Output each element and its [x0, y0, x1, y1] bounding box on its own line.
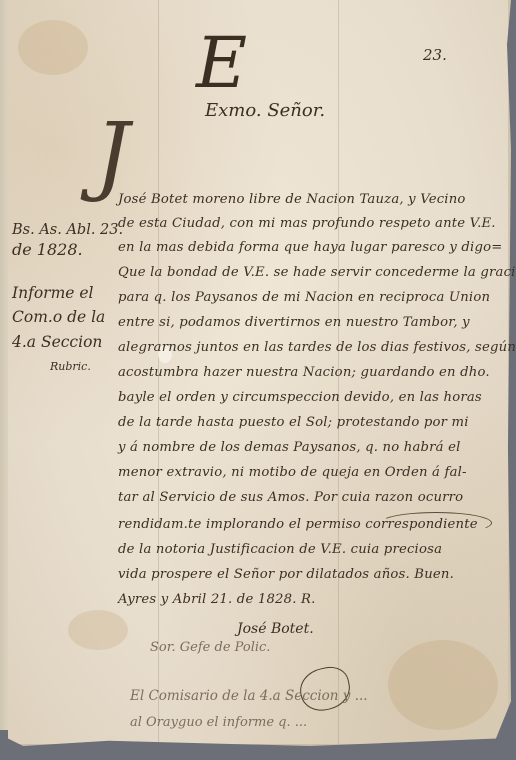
- signature: José Botet.: [237, 621, 314, 637]
- pen-flourish: [380, 512, 492, 534]
- body-line: entre si, podamos divertirnos en nuestro…: [118, 315, 470, 330]
- body-line: menor extravio, ni motibo de queja en Or…: [118, 465, 467, 480]
- body-line: Ayres y Abril 21. de 1828. R.: [118, 592, 316, 607]
- lower-annotation: al Orayguo el informe q. ...: [130, 715, 307, 730]
- margin-note-rubric: Rubric.: [50, 360, 91, 373]
- body-line: vida prospere el Señor por dilatados año…: [118, 567, 454, 582]
- salutation-flourish-initial: E: [196, 28, 247, 98]
- margin-note-date: Bs. As. Abl. 23.: [12, 222, 123, 238]
- body-line: de esta Ciudad, con mi mas profundo resp…: [118, 216, 496, 231]
- body-line: tar al Servicio de sus Amos. Por cuia ra…: [118, 490, 463, 505]
- folio-number: 23.: [423, 46, 447, 64]
- body-line: de la notoria Justificacion de V.E. cuia…: [118, 542, 442, 557]
- body-line: José Botet moreno libre de Nacion Tauza,…: [118, 192, 466, 207]
- decorative-initial-j: J: [95, 112, 129, 198]
- body-line: bayle el orden y circumspeccion devido, …: [118, 390, 482, 405]
- margin-note-informe: Informe el: [12, 284, 94, 302]
- margin-note-comisario: Com.o de la: [12, 308, 105, 326]
- body-line: Que la bondad de V.E. se hade servir con…: [118, 265, 516, 280]
- body-line: para q. los Paysanos de mi Nacion en rec…: [118, 290, 490, 305]
- body-line: de la tarde hasta puesto el Sol; protest…: [118, 415, 469, 430]
- water-stain: [68, 610, 128, 650]
- lower-annotation: Sor. Gefe de Polic.: [150, 640, 270, 655]
- body-line: alegrarnos juntos en las tardes de los d…: [118, 340, 516, 355]
- lower-annotation: El Comisario de la 4.a Seccion y ...: [130, 688, 368, 704]
- margin-note-year: de 1828.: [12, 240, 83, 259]
- body-line: en la mas debida forma que haya lugar pa…: [118, 240, 503, 255]
- body-line: y á nombre de los demas Paysanos, q. no …: [118, 440, 461, 455]
- salutation: Exmo. Señor.: [205, 100, 325, 121]
- margin-note-seccion: 4.a Seccion: [12, 333, 102, 351]
- water-stain: [18, 20, 88, 75]
- body-line: acostumbra hazer nuestra Nacion; guardan…: [118, 365, 490, 380]
- water-stain: [388, 640, 498, 730]
